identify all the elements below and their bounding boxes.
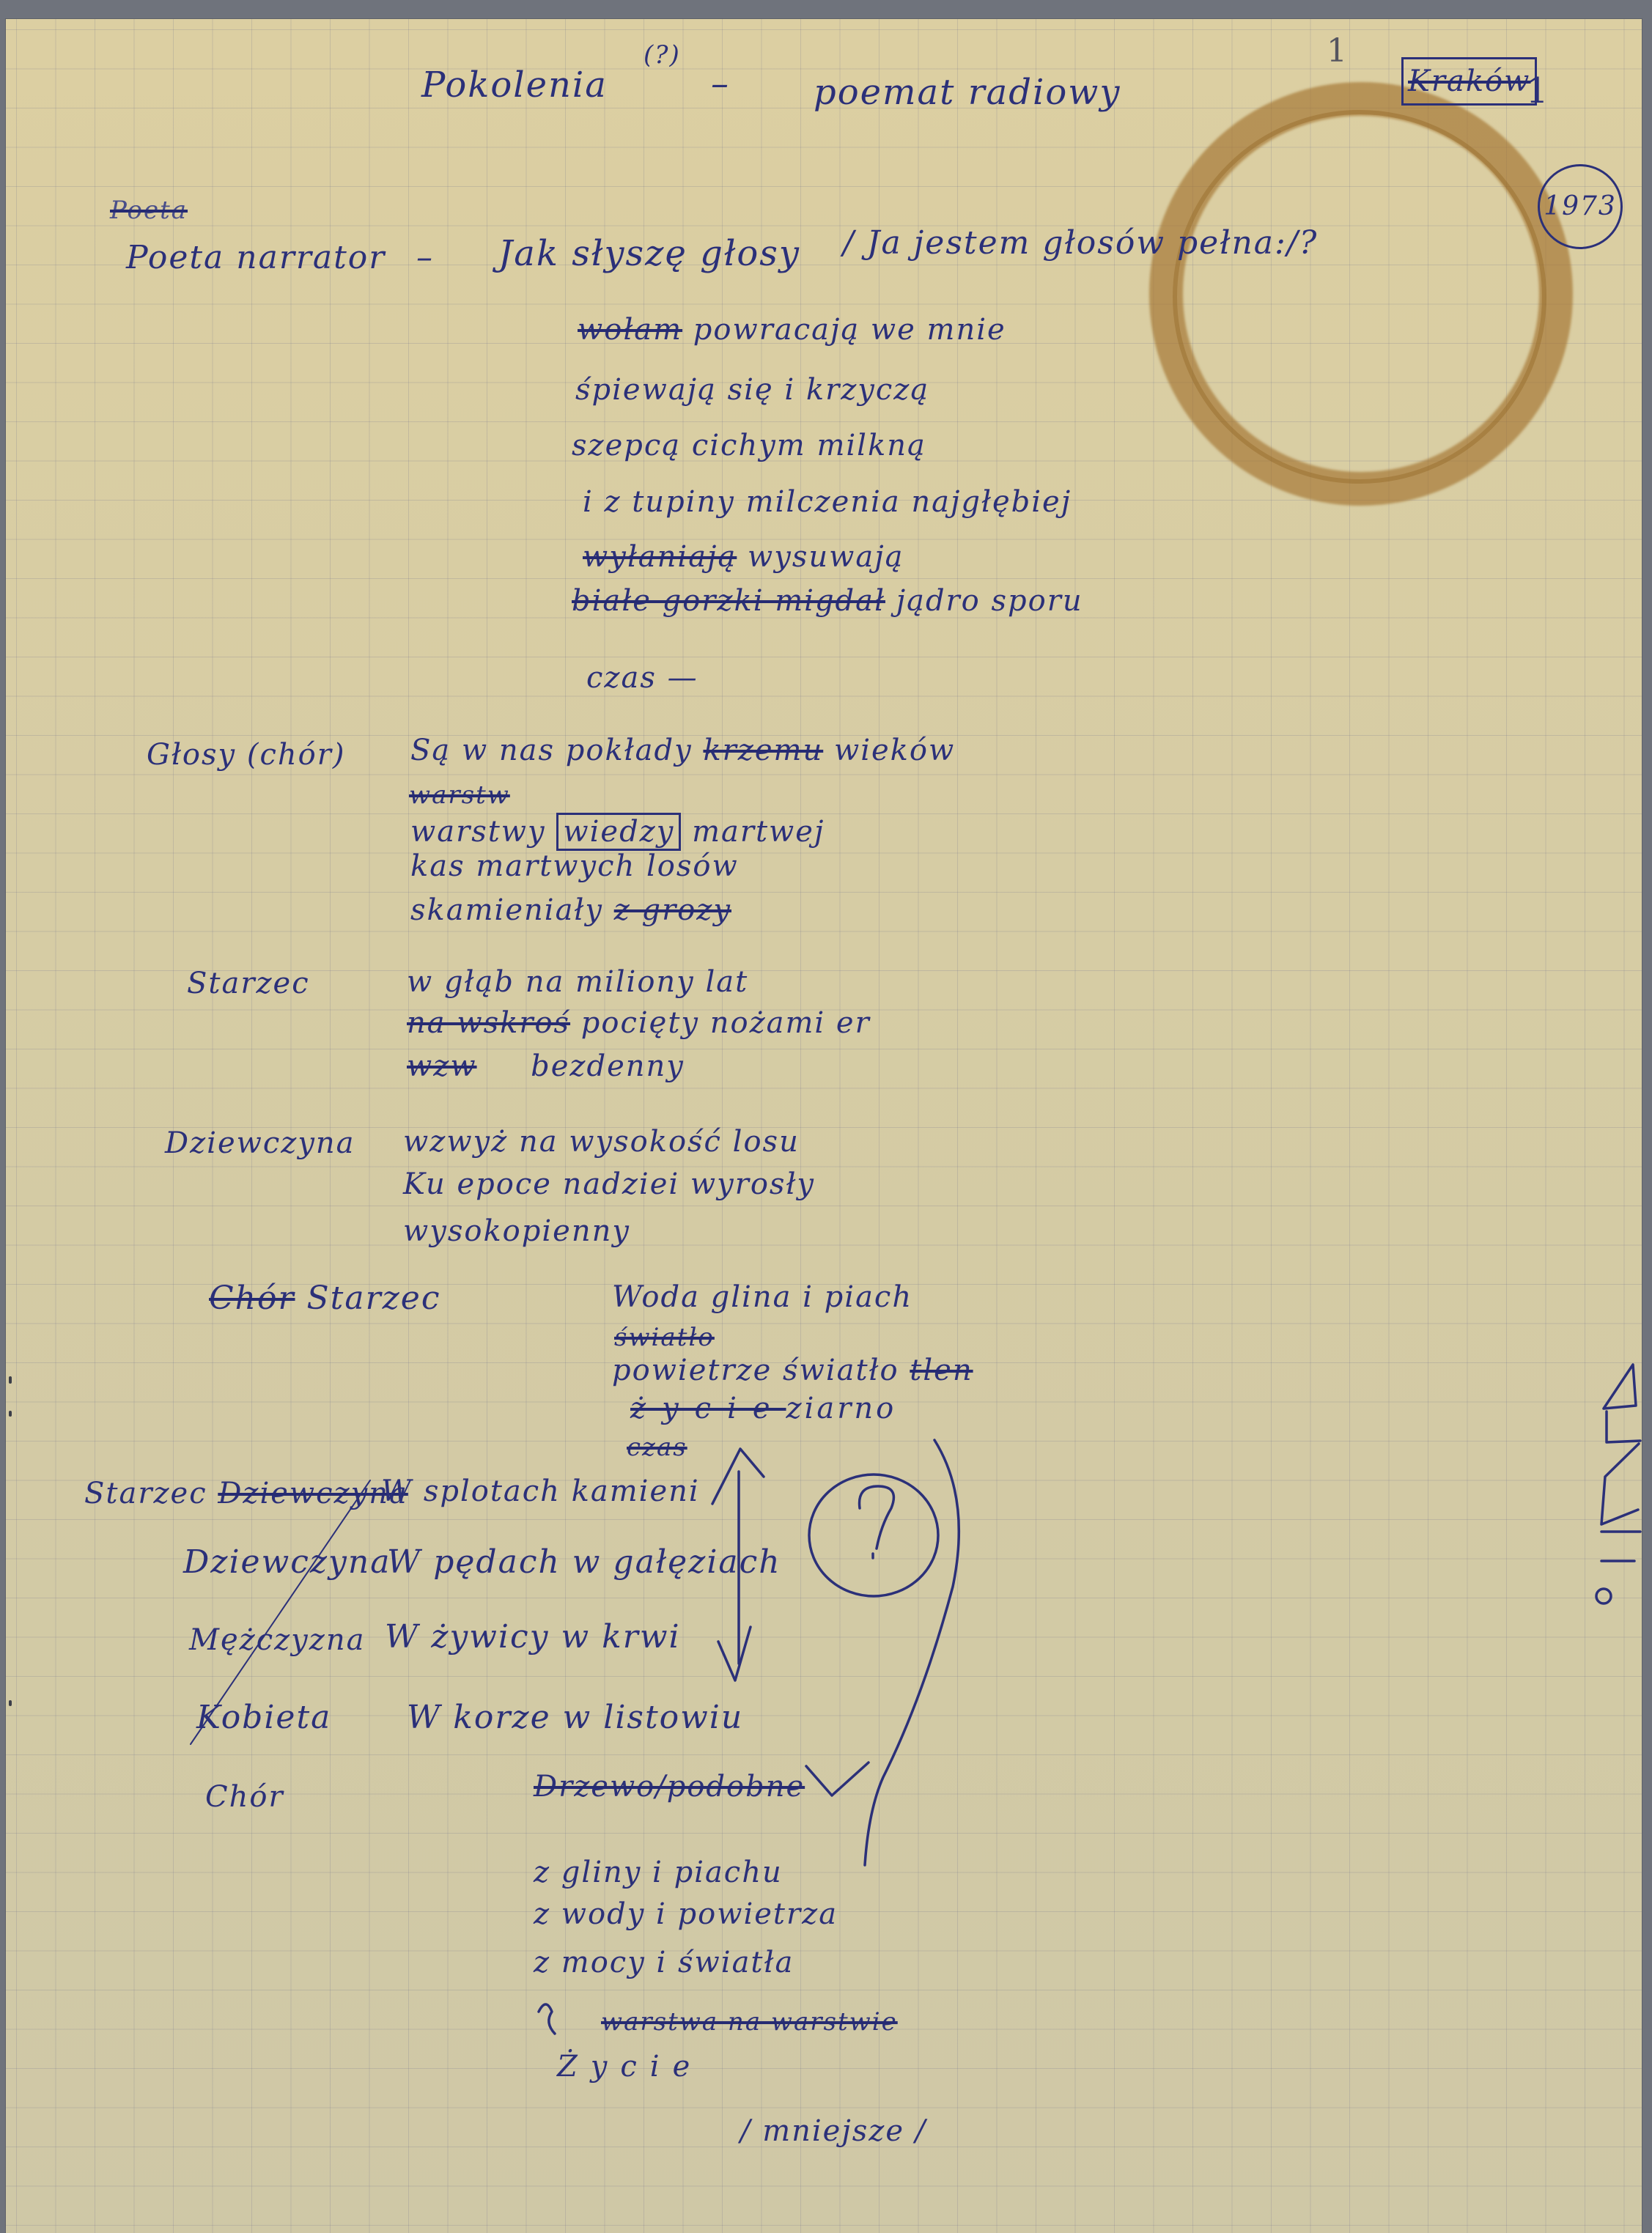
scribble-mark — [539, 2004, 555, 2034]
curved-arrow-icon — [806, 1440, 959, 1865]
binding-hole — [9, 1411, 12, 1417]
margin-sketch-icon — [1596, 1365, 1640, 1603]
annotation-drawings — [0, 0, 1652, 2233]
binding-hole — [9, 1376, 12, 1384]
binding-hole — [9, 1700, 12, 1706]
diagonal-stroke — [191, 1480, 370, 1744]
double-arrow-icon — [712, 1449, 764, 1680]
circled-question-icon — [809, 1474, 938, 1596]
